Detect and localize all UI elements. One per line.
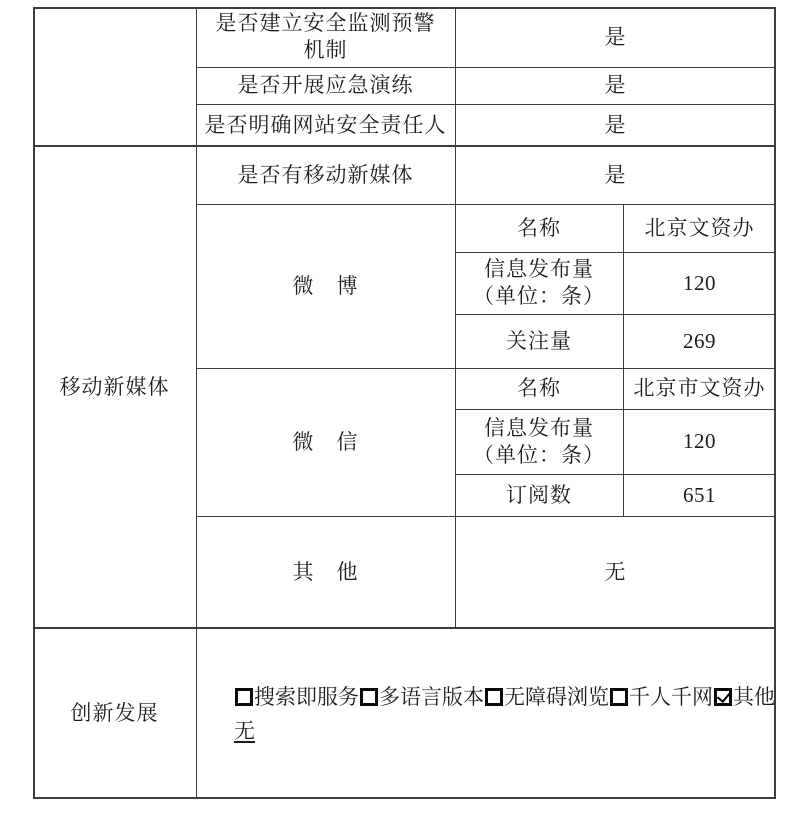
checkbox-label-personalized: 千人千网 [629, 685, 713, 709]
mobile-media-section-label: 移动新媒体 [33, 146, 196, 628]
other-media-label: 其 他 [196, 516, 455, 628]
wechat-publish-value: 120 [623, 409, 776, 474]
checkbox-label-other: 其他 [733, 685, 775, 709]
checkbox-personalized[interactable] [610, 688, 628, 706]
weibo-followers-value: 269 [623, 314, 776, 368]
wechat-label: 微 信 [196, 368, 455, 516]
wechat-subscribers-value: 651 [623, 474, 776, 516]
checkbox-multilingual[interactable] [360, 688, 378, 706]
innovation-section-label: 创新发展 [33, 628, 196, 799]
innovation-other-value: 无 [234, 719, 255, 743]
checkbox-label-search-as-service: 搜索即服务 [254, 685, 359, 709]
report-table: 是否建立安全监测预警 机制 是 是否开展应急演练 是 是否明确网站安全责任人 是… [0, 0, 800, 830]
weibo-followers-label: 关注量 [455, 314, 623, 368]
has-mobile-media-label: 是否有移动新媒体 [196, 146, 455, 204]
emergency-drill-value: 是 [455, 67, 776, 104]
checkbox-accessibility[interactable] [485, 688, 503, 706]
checkbox-other[interactable] [714, 688, 732, 706]
innovation-other-text: 无 [234, 714, 255, 748]
other-media-value: 无 [455, 516, 776, 628]
weibo-name-value: 北京文资办 [623, 204, 776, 252]
weibo-label: 微 博 [196, 204, 455, 368]
security-monitor-label-line1: 是否建立安全监测预警 [216, 10, 436, 37]
checkbox-label-accessibility: 无障碍浏览 [504, 685, 609, 709]
wechat-name-value: 北京市文资办 [623, 368, 776, 409]
security-monitor-label-line2: 机制 [304, 37, 348, 64]
has-mobile-media-value: 是 [455, 146, 776, 204]
weibo-publish-label-line1: 信息发布量 [484, 256, 594, 283]
innovation-content: 搜索即服务多语言版本无障碍浏览千人千网其他 无 [196, 628, 776, 799]
security-monitor-value: 是 [455, 7, 776, 67]
wechat-publish-label: 信息发布量 （单位：条） [455, 409, 623, 474]
security-officer-label: 是否明确网站安全责任人 [196, 104, 455, 146]
wechat-publish-label-line1: 信息发布量 [484, 415, 594, 442]
wechat-name-label: 名称 [455, 368, 623, 409]
wechat-publish-label-line2: （单位：条） [473, 442, 605, 469]
weibo-publish-value: 120 [623, 252, 776, 314]
innovation-options-row: 搜索即服务多语言版本无障碍浏览千人千网其他 [234, 680, 775, 714]
security-officer-value: 是 [455, 104, 776, 146]
checkbox-search-as-service[interactable] [235, 688, 253, 706]
weibo-name-label: 名称 [455, 204, 623, 252]
weibo-publish-label: 信息发布量 （单位：条） [455, 252, 623, 314]
weibo-publish-label-line2: （单位：条） [473, 283, 605, 310]
security-monitor-label: 是否建立安全监测预警 机制 [196, 7, 455, 67]
wechat-subscribers-label: 订阅数 [455, 474, 623, 516]
checkbox-label-multilingual: 多语言版本 [379, 685, 484, 709]
emergency-drill-label: 是否开展应急演练 [196, 67, 455, 104]
